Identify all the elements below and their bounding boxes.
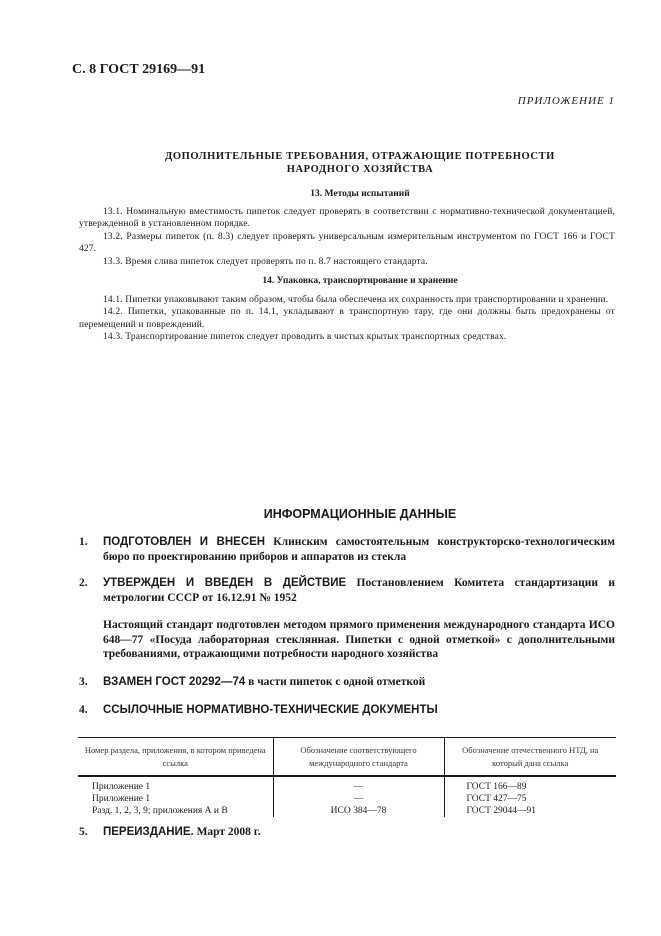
table-header-row: Номер раздела, приложения, в котором при… (78, 738, 616, 777)
section-13-body: 13.1. Номинальную вместимость пипеток сл… (79, 206, 615, 268)
page-header: С. 8 ГОСТ 29169—91 (72, 62, 205, 78)
paragraph: 13.1. Номинальную вместимость пипеток сл… (79, 206, 615, 231)
section-14-body: 14.1. Пипетки упаковывают таким образом,… (79, 294, 615, 344)
section-13-title: 13. Методы испытаний (60, 189, 660, 199)
info-item-1: 1. ПОДГОТОВЛЕН И ВНЕСЕН Клинским самосто… (79, 535, 615, 564)
paragraph: 14.1. Пипетки упаковывают таким образом,… (79, 294, 615, 306)
info-item-2: 2. УТВЕРЖДЕН И ВВЕДЕН В ДЕЙСТВИЕ Постано… (79, 576, 615, 605)
annex-title-line2: НАРОДНОГО ХОЗЯЙСТВА (60, 163, 660, 176)
section-14-title: 14. Упаковка, транспортирование и хранен… (60, 276, 660, 286)
references-table: Номер раздела, приложения, в котором при… (78, 737, 616, 817)
table-row: Приложение 1 — ГОСТ 427—75 (78, 793, 616, 805)
annex-title-line1: ДОПОЛНИТЕЛЬНЫЕ ТРЕБОВАНИЯ, ОТРАЖАЮЩИЕ ПО… (60, 150, 660, 163)
column-header: Обозначение отечественного НТД, на котор… (444, 738, 616, 777)
info-title: ИНФОРМАЦИОННЫЕ ДАННЫЕ (60, 507, 660, 521)
info-item-3: 3. ВЗАМЕН ГОСТ 20292—74 в части пипеток … (79, 675, 615, 690)
paragraph: 14.2. Пипетки, упакованные по п. 14.1, у… (79, 306, 615, 331)
paragraph: 13.2. Размеры пипеток (п. 8.3) следует п… (79, 231, 615, 256)
annex-label: ПРИЛОЖЕНИЕ 1 (518, 95, 615, 107)
table-row: Приложение 1 — ГОСТ 166—89 (78, 776, 616, 793)
info-item-4: 4. ССЫЛОЧНЫЕ НОРМАТИВНО-ТЕХНИЧЕСКИЕ ДОКУ… (79, 703, 615, 718)
info-item-5: 5. ПЕРЕИЗДАНИЕ. Март 2008 г. (79, 825, 615, 840)
column-header: Обозначение соответствующего международн… (273, 738, 444, 777)
table-row: Разд. 1, 2, 3, 9; приложения А и В ИСО 3… (78, 805, 616, 817)
paragraph: 14.3. Транспортирование пипеток следует … (79, 331, 615, 343)
paragraph: 13.3. Время слива пипеток следует провер… (79, 256, 615, 268)
column-header: Номер раздела, приложения, в котором при… (78, 738, 273, 777)
annex-title: ДОПОЛНИТЕЛЬНЫЕ ТРЕБОВАНИЯ, ОТРАЖАЮЩИЕ ПО… (60, 150, 660, 176)
info-note: Настоящий стандарт подготовлен методом п… (79, 618, 615, 662)
